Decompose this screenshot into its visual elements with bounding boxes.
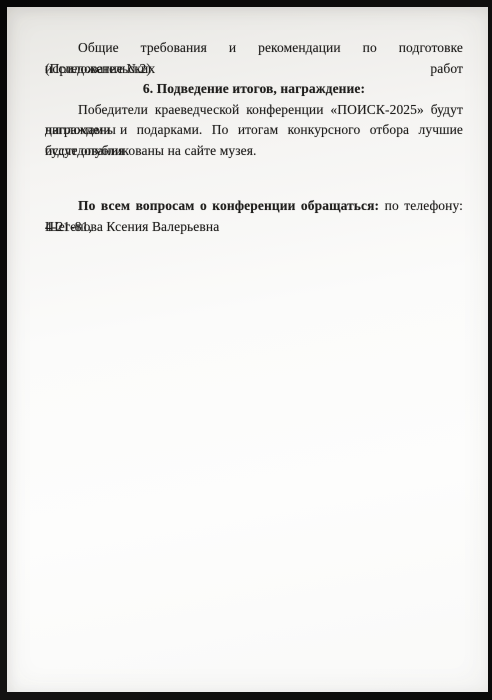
intro-paragraph: Общие требования и рекомендации по подго…	[45, 38, 463, 79]
intro-line-1: Общие требования и рекомендации по подго…	[45, 38, 463, 59]
body-line-3: будут опубликованы на сайте музея.	[45, 141, 463, 162]
document-page: Общие требования и рекомендации по подго…	[7, 7, 488, 692]
body-line-1: Победители краеведческой конференции «ПО…	[45, 100, 463, 121]
contact-line-2: Шегенова Ксения Валерьевна	[45, 217, 463, 238]
photo-frame: Общие требования и рекомендации по подго…	[0, 0, 492, 700]
contact-line-1: По всем вопросам о конференции обращатьс…	[45, 196, 463, 217]
contact-paragraph: По всем вопросам о конференции обращатьс…	[45, 196, 463, 237]
body-line-2: дипломами и подарками. По итогам конкурс…	[45, 120, 463, 141]
section-heading: 6. Подведение итогов, награждение:	[45, 79, 463, 100]
document-content: Общие требования и рекомендации по подго…	[7, 7, 488, 237]
body-paragraph: Победители краеведческой конференции «ПО…	[45, 100, 463, 162]
contact-bold-lead: По всем вопросам о конференции обращатьс…	[78, 198, 379, 213]
